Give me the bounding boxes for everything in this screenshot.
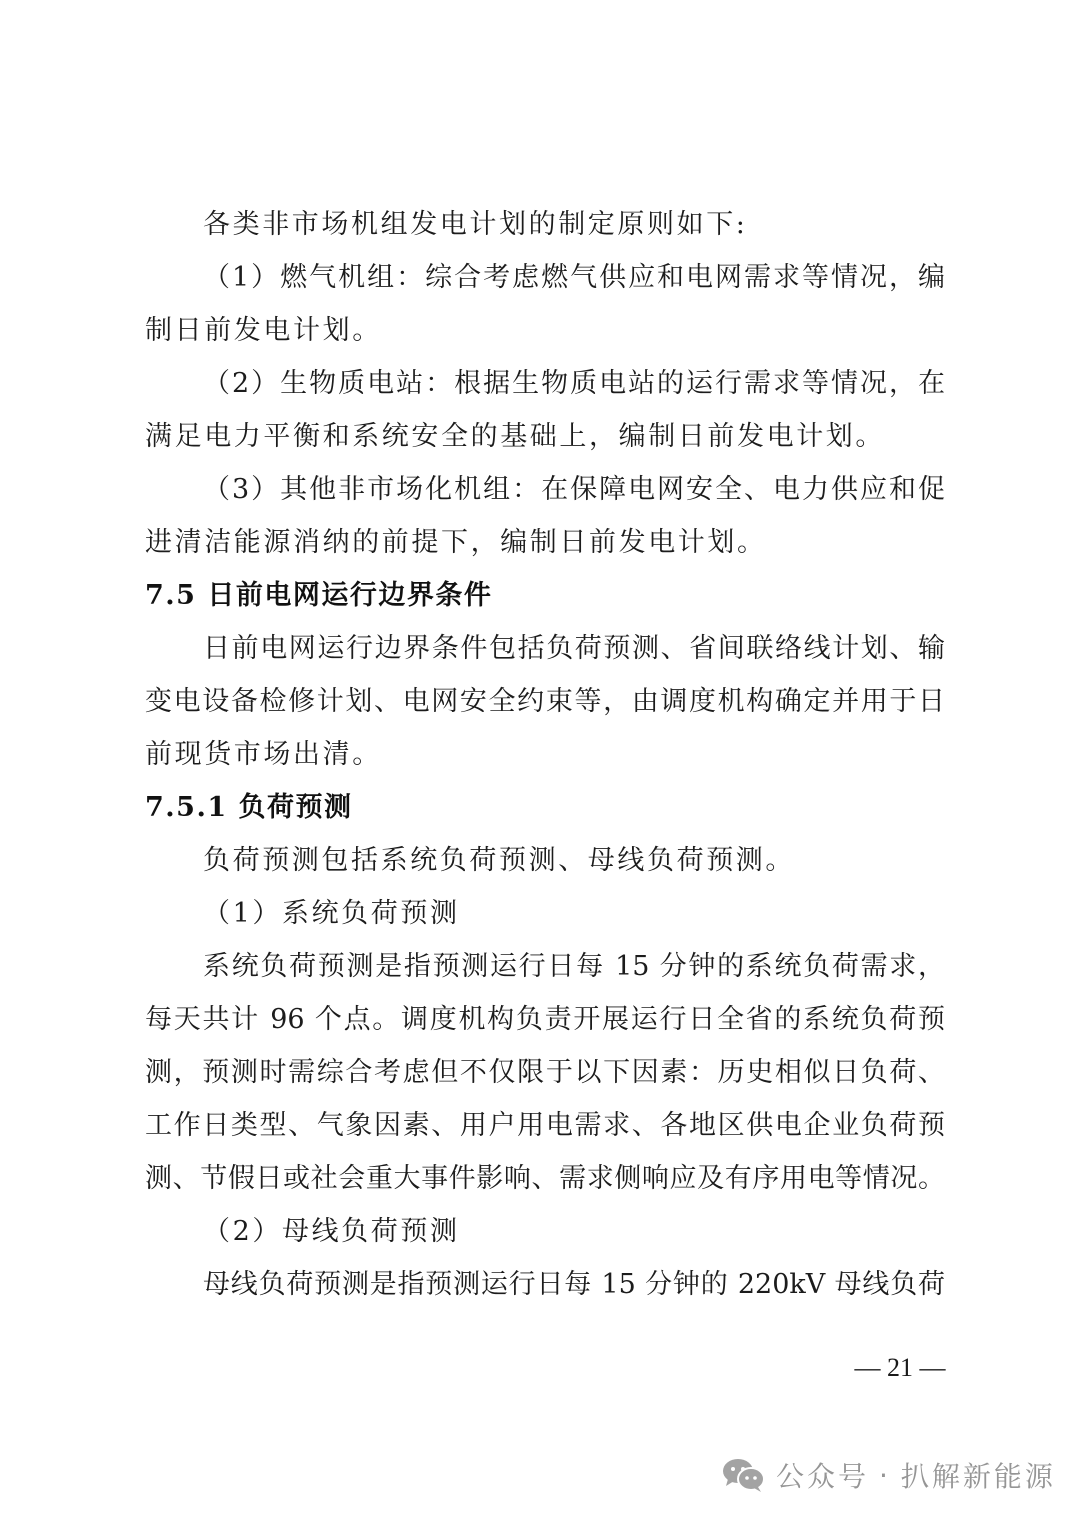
paragraph-other-units-line-2: 进清洁能源消纳的前提下，编制日前发电计划。: [145, 525, 945, 561]
paragraph-system-load-line-2: 每天共计 96 个点。调度机构负责开展运行日全省的系统负荷预: [145, 1002, 945, 1038]
paragraph-system-load-line-3: 测，预测时需综合考虑但不仅限于以下因素：历史相似日负荷、: [145, 1055, 945, 1091]
paragraph-gas-units-line-1: （1）燃气机组：综合考虑燃气供应和电网需求等情况，编: [203, 260, 945, 296]
paragraph-boundary-line-2: 变电设备检修计划、电网安全约束等，由调度机构确定并用于日: [145, 684, 945, 720]
paragraph-gas-units-line-2: 制日前发电计划。: [145, 313, 945, 349]
subheading-system-load: （1）系统负荷预测: [203, 896, 945, 932]
paragraph-biomass-line-2: 满足电力平衡和系统安全的基础上，编制日前发电计划。: [145, 419, 945, 455]
paragraph-biomass-line-1: （2）生物质电站：根据生物质电站的运行需求等情况，在: [203, 366, 945, 402]
watermark-separator: ·: [879, 1459, 891, 1492]
paragraph-other-units-line-1: （3）其他非市场化机组：在保障电网安全、电力供应和促: [203, 472, 945, 508]
paragraph-intro-line-1: 各类非市场机组发电计划的制定原则如下:: [203, 207, 945, 243]
document-page: 各类非市场机组发电计划的制定原则如下: （1）燃气机组：综合考虑燃气供应和电网需…: [0, 0, 1080, 1527]
section-heading-7-5: 7.5 日前电网运行边界条件: [145, 578, 945, 614]
watermark-account-name: 扒解新能源: [901, 1455, 1056, 1495]
wechat-watermark: 公众号 · 扒解新能源: [722, 1455, 1056, 1495]
paragraph-system-load-line-4: 工作日类型、气象因素、用户用电需求、各地区供电企业负荷预: [145, 1108, 945, 1144]
paragraph-bus-load-line-1: 母线负荷预测是指预测运行日每 15 分钟的 220kV 母线负荷: [203, 1267, 945, 1303]
page-number: — 21 —: [850, 1352, 950, 1384]
paragraph-boundary-line-3: 前现货市场出清。: [145, 737, 945, 773]
paragraph-system-load-line-1: 系统负荷预测是指预测运行日每 15 分钟的系统负荷需求，: [203, 949, 945, 985]
wechat-icon: [722, 1458, 766, 1492]
paragraph-load-forecast-intro: 负荷预测包括系统负荷预测、母线负荷预测。: [203, 843, 945, 879]
watermark-prefix: 公众号: [776, 1455, 869, 1495]
section-heading-7-5-1: 7.5.1 负荷预测: [145, 790, 945, 826]
paragraph-system-load-line-5: 测、节假日或社会重大事件影响、需求侧响应及有序用电等情况。: [145, 1161, 945, 1197]
paragraph-boundary-line-1: 日前电网运行边界条件包括负荷预测、省间联络线计划、输: [203, 631, 945, 667]
subheading-bus-load: （2）母线负荷预测: [203, 1214, 945, 1250]
